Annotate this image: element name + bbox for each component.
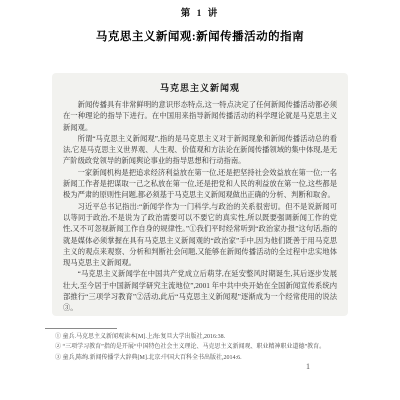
body-paragraph-2: 所谓“马克思主义新闻观”,指的是马克思主义对于新闻现象和新闻传播活动总的看法,它… — [63, 133, 337, 167]
page-title: 马克思主义新闻观:新闻传播活动的指南 — [0, 28, 400, 44]
body-paragraph-5: “马克思主义新闻学在中国共产党成立后萌芽,在延安整风时期诞生,其后逐步发展壮大,… — [63, 268, 337, 313]
footnote-divider — [45, 328, 117, 329]
footnote-1: ① 童兵.马克思主义新闻观读本[M].上海:复旦大学出版社,2016:38. — [55, 332, 355, 342]
concept-box: 马克思主义新闻观 新闻传播具有非常鲜明的意识形态特点,这一特点决定了任何新闻传播… — [52, 73, 348, 316]
footnote-2: ② “三项学习教育”指的是开展“中国特色社会主义理论、马克思主义新闻观、职业精神… — [55, 342, 355, 352]
footnotes-block: ① 童兵.马克思主义新闻观读本[M].上海:复旦大学出版社,2016:38. ②… — [55, 332, 355, 363]
concept-box-heading: 马克思主义新闻观 — [63, 81, 337, 94]
chapter-label: 第 1 讲 — [0, 5, 400, 19]
page-number: 1 — [298, 362, 318, 371]
book-page: 第 1 讲 马克思主义新闻观:新闻传播活动的指南 马克思主义新闻观 新闻传播具有… — [0, 0, 400, 400]
body-paragraph-1: 新闻传播具有非常鲜明的意识形态特点,这一特点决定了任何新闻传播活动都必须在一种理… — [63, 99, 337, 133]
body-paragraph-3: 一家新闻机构是把追求经济利益放在第一位,还是把坚持社会效益放在第一位;一名新闻工… — [63, 167, 337, 201]
body-paragraph-4: 习近平总书记指出:“新闻学作为一门科学,与政治的关系很密切。但不是说新闻可以等同… — [63, 201, 337, 269]
